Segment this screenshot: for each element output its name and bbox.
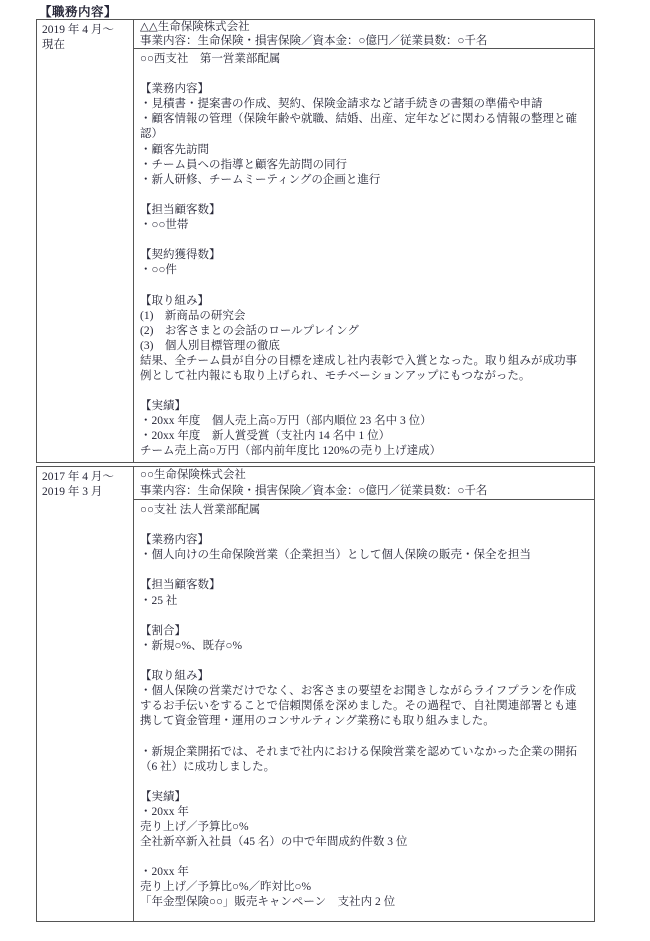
job-1-period-cell: 2019 年 4 月～ 現在: [37, 20, 134, 463]
work-history-table-1: 2019 年 4 月～ 現在 △△生命保険株式会社 事業内容：生命保険・損害保険…: [36, 19, 595, 463]
work-history-table-2: 2017 年 4 月～ 2019 年 3 月 ○○生命保険株式会社 事業内容：生…: [36, 466, 595, 922]
resume-page: 【職務内容】 2019 年 4 月～ 現在 △△生命保険株式会社 事業内容：生命…: [0, 0, 650, 941]
job-2-company-cell: ○○生命保険株式会社 事業内容：生命保険・損害保険／資本金：○億円／従業員数：○…: [134, 467, 595, 500]
job-1-company-cell: △△生命保険株式会社 事業内容：生命保険・損害保険／資本金：○億円／従業員数：○…: [134, 20, 595, 49]
job-2-period-cell: 2017 年 4 月～ 2019 年 3 月: [37, 467, 134, 922]
job-1-company-name: △△生命保険株式会社: [140, 21, 588, 35]
section-title: 【職務内容】: [39, 2, 117, 20]
job-2-company-name: ○○生命保険株式会社: [140, 468, 588, 484]
job-1-company-info: 事業内容：生命保険・損害保険／資本金：○億円／従業員数：○千名: [140, 35, 588, 49]
job-2-details: ○○支社 法人営業部配属 【業務内容】 ・個人向けの生命保険営業（企業担当）とし…: [134, 500, 595, 922]
job-1-details: ○○西支社 第一営業部配属 【業務内容】 ・見積書・提案書の作成、契約、保険金請…: [134, 49, 595, 463]
job-2-company-info: 事業内容：生命保険・損害保険／資本金：○億円／従業員数：○千名: [140, 484, 588, 500]
